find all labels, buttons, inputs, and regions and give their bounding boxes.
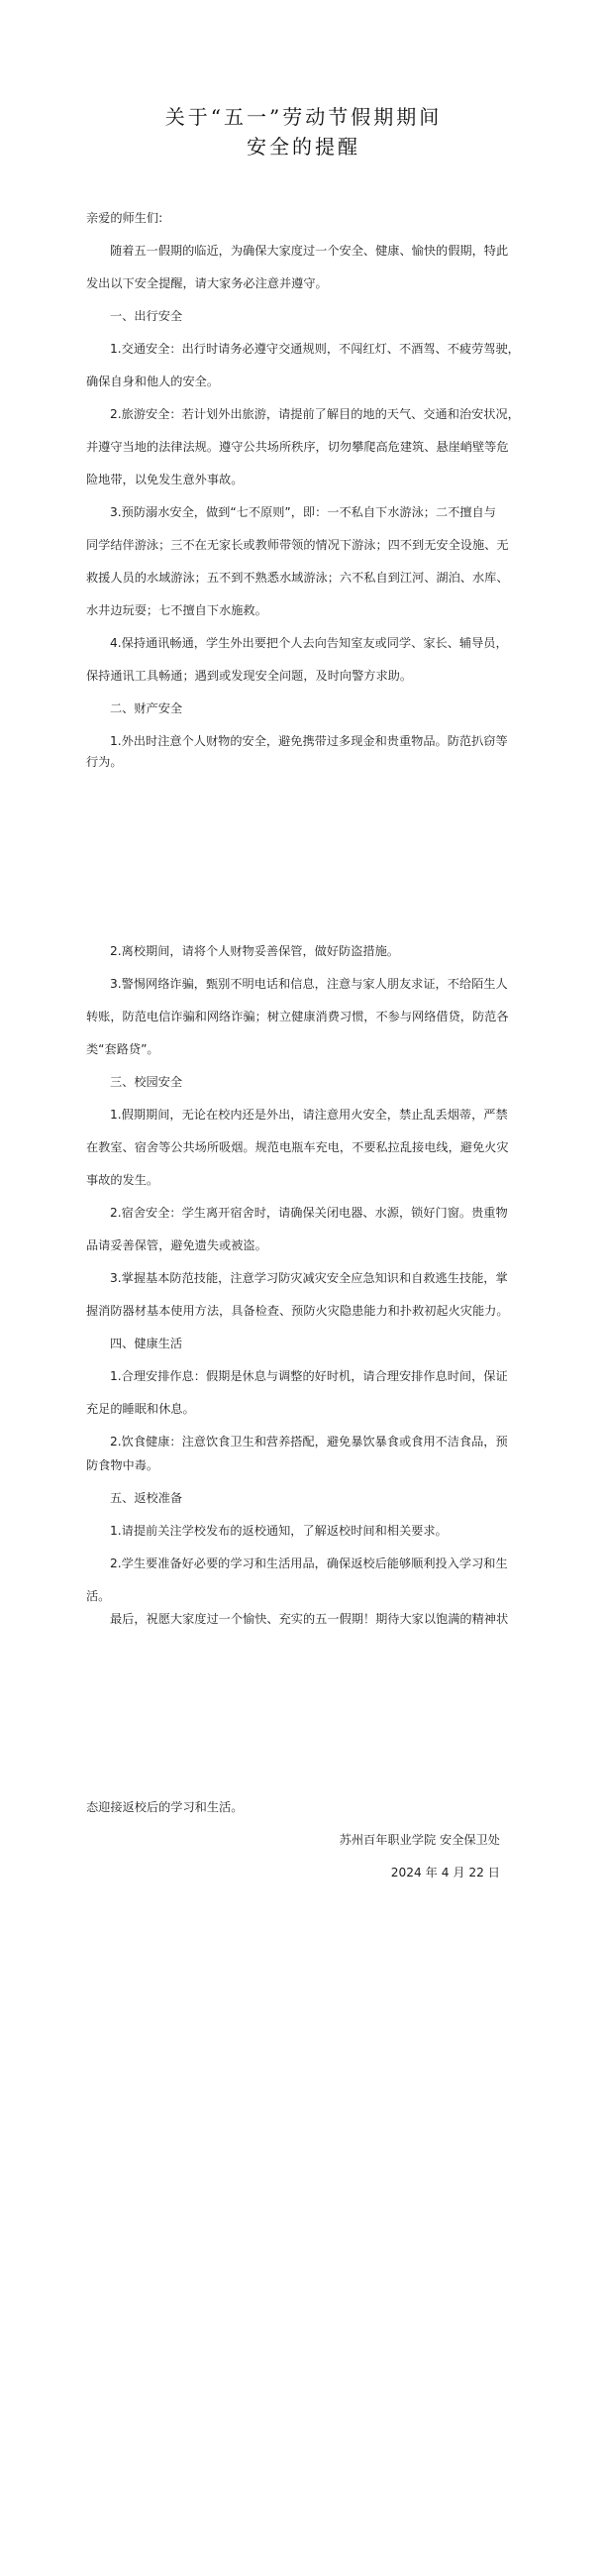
paragraph-line: 三、校园安全 (110, 1073, 546, 1091)
paragraph-line: 并遵守当地的法律法规。遵守公共场所秩序，切勿攀爬高危建筑、悬崖峭壁等危 (86, 438, 522, 456)
paragraph-line: 水井边玩耍；七不擅自下水施救。 (86, 601, 522, 619)
paragraph-line: 行为。 (86, 753, 522, 771)
paragraph-line: 2.离校期间，请将个人财物妥善保管，做好防盗措施。 (110, 942, 546, 960)
paragraph-line: 3.掌握基本防范技能，注意学习防灾减灾安全应急知识和自救逃生技能，掌 (110, 1269, 546, 1287)
paragraph-line: 最后，祝愿大家度过一个愉快、充实的五一假期！期待大家以饱满的精神状 (110, 1610, 546, 1628)
paragraph-line: 转账，防范电信诈骗和网络诈骗；树立健康消费习惯，不参与网络借贷，防范各 (86, 1008, 522, 1025)
paragraph-line: 防食物中毒。 (86, 1456, 522, 1474)
paragraph-line: 一、出行安全 (110, 307, 546, 325)
paragraph-line: 1.交通安全：出行时请务必遵守交通规则，不闯红灯、不酒驾、不疲劳驾驶， (110, 340, 546, 358)
paragraph-line: 握消防器材基本使用方法，具备检查、预防火灾隐患能力和扑救初起火灾能力。 (86, 1302, 522, 1320)
paragraph-line: 二、财产安全 (110, 699, 546, 717)
document-title-line1: 关于“五一”劳动节假期期间 (0, 103, 607, 131)
paragraph-line: 1.请提前关注学校发布的返校通知，了解返校时间和相关要求。 (110, 1522, 546, 1540)
paragraph-line: 1.外出时注意个人财物的安全，避免携带过多现金和贵重物品。防范扒窃等 (110, 732, 546, 750)
paragraph-line: 确保自身和他人的安全。 (86, 373, 522, 390)
paragraph-line: 救援人员的水域游泳；五不到不熟悉水域游泳；六不私自到江河、湖泊、水库、 (86, 569, 522, 587)
paragraph-line: 4.保持通讯畅通，学生外出要把个人去向告知室友或同学、家长、辅导员， (110, 634, 546, 652)
paragraph-line: 五、返校准备 (110, 1489, 546, 1507)
paragraph-line: 保持通讯工具畅通；遇到或发现安全问题，及时向警方求助。 (86, 667, 522, 685)
paragraph-line: 在教室、宿舍等公共场所吸烟。规范电瓶车充电，不要私拉乱接电线，避免火灾 (86, 1138, 522, 1156)
paragraph-line: 2.学生要准备好必要的学习和生活用品，确保返校后能够顺利投入学习和生 (110, 1555, 546, 1572)
signature-organization: 苏州百年职业学院 安全保卫处 (340, 1831, 500, 1849)
paragraph-line: 3.警惕网络诈骗，甄别不明电话和信息，注意与家人朋友求证，不给陌生人 (110, 975, 546, 993)
paragraph-line: 活。 (86, 1587, 522, 1605)
paragraph-line: 2.饮食健康：注意饮食卫生和营养搭配，避免暴饮暴食或食用不洁食品，预 (110, 1433, 546, 1450)
paragraph-line: 同学结伴游泳；三不在无家长或教师带领的情况下游泳；四不到无安全设施、无 (86, 536, 522, 554)
document-page: 关于“五一”劳动节假期期间 安全的提醒 亲爱的师生们:随着五一假期的临近，为确保… (0, 0, 607, 2576)
paragraph-line: 2.宿舍安全：学生离开宿舍时，请确保关闭电器、水源，锁好门窗。贵重物 (110, 1204, 546, 1222)
paragraph-line: 亲爱的师生们: (86, 209, 522, 227)
paragraph-line: 品请妥善保管，避免遗失或被盗。 (86, 1236, 522, 1254)
document-title-line2: 安全的提醒 (0, 133, 607, 161)
paragraph-line: 事故的发生。 (86, 1171, 522, 1189)
paragraph-line: 随着五一假期的临近，为确保大家度过一个安全、健康、愉快的假期，特此 (110, 242, 546, 260)
paragraph-line: 3.预防溺水安全，做到“七不原则”，即：一不私自下水游泳；二不擅自与 (110, 503, 546, 521)
paragraph-line: 1.假期期间，无论在校内还是外出，请注意用火安全，禁止乱丢烟蒂，严禁 (110, 1106, 546, 1124)
paragraph-line: 1.合理安排作息：假期是休息与调整的好时机，请合理安排作息时间，保证 (110, 1367, 546, 1385)
paragraph-line: 发出以下安全提醒，请大家务必注意并遵守。 (86, 274, 522, 292)
paragraph-line: 态迎接返校后的学习和生活。 (86, 1798, 522, 1816)
paragraph-line: 险地带，以免发生意外事故。 (86, 471, 522, 488)
paragraph-line: 2.旅游安全：若计划外出旅游，请提前了解目的地的天气、交通和治安状况， (110, 405, 546, 423)
signature-date: 2024 年 4 月 22 日 (391, 1864, 500, 1881)
paragraph-line: 充足的睡眠和休息。 (86, 1400, 522, 1418)
paragraph-line: 类“套路贷”。 (86, 1040, 522, 1058)
paragraph-line: 四、健康生活 (110, 1335, 546, 1352)
